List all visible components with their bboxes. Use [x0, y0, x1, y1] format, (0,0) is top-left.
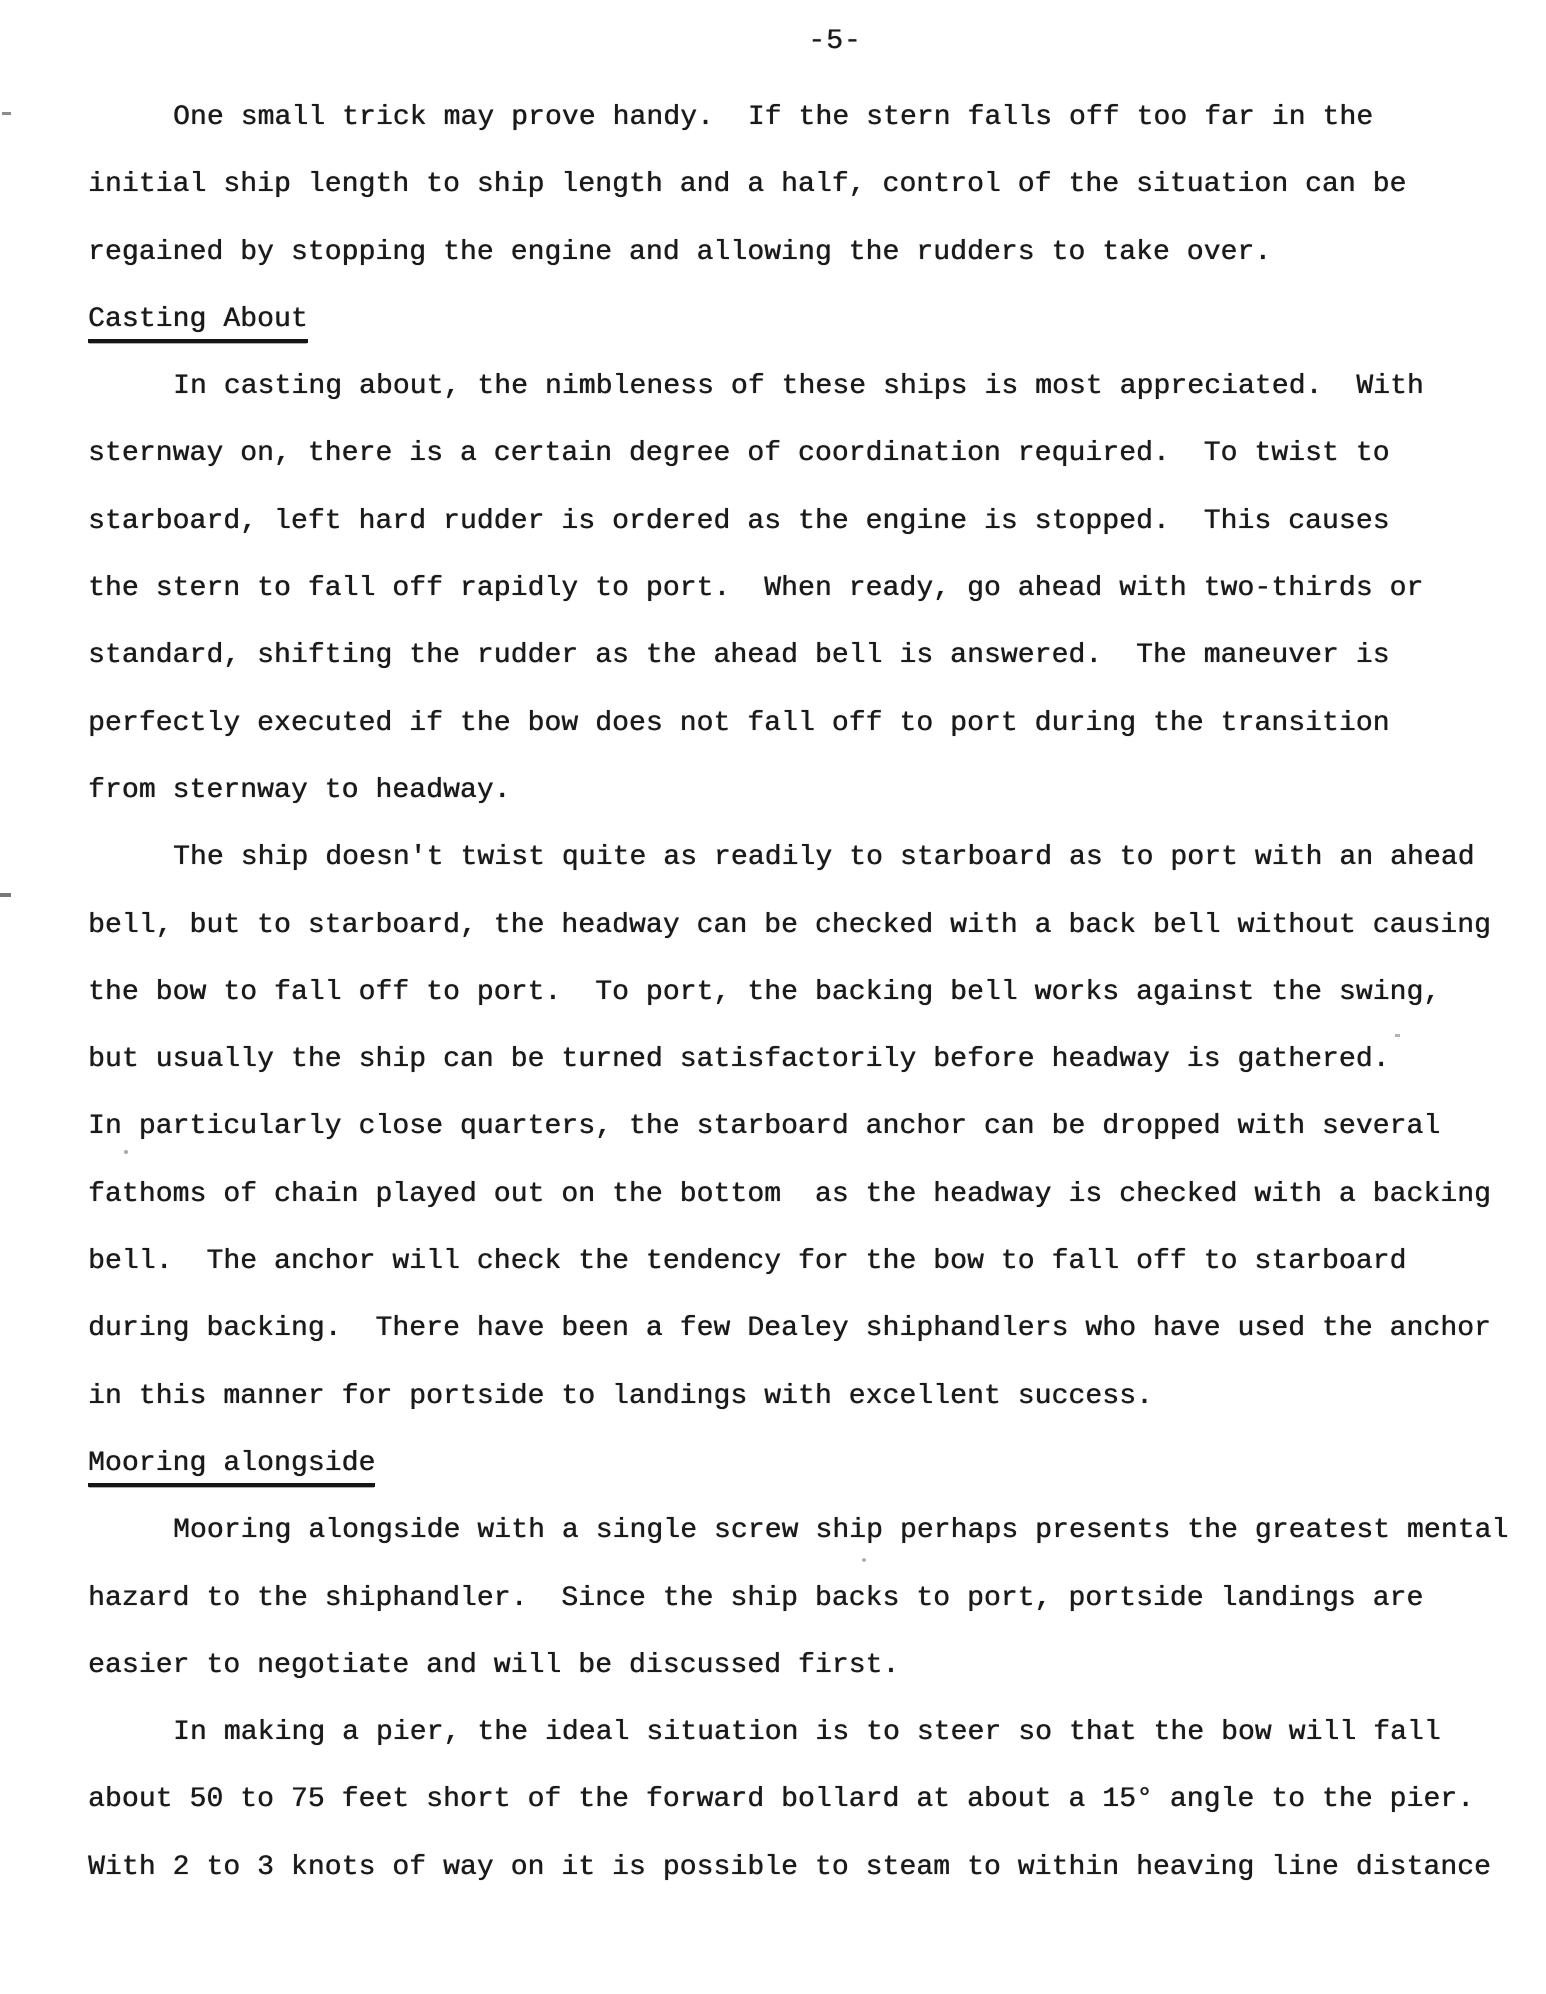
- text-line: the bow to fall off to port. To port, th…: [88, 959, 1510, 1026]
- text-line: In casting about, the nimbleness of thes…: [88, 353, 1510, 420]
- section-heading-casting-about: Casting About: [88, 302, 308, 343]
- text-line: In particularly close quarters, the star…: [88, 1093, 1510, 1160]
- text-line: fathoms of chain played out on the botto…: [88, 1161, 1510, 1228]
- text-line: With 2 to 3 knots of way on it is possib…: [88, 1834, 1510, 1901]
- text-line: about 50 to 75 feet short of the forward…: [88, 1766, 1510, 1833]
- heading-row: Mooring alongside: [88, 1430, 1510, 1497]
- text-line: hazard to the shiphandler. Since the shi…: [88, 1565, 1510, 1632]
- text-line: The ship doesn't twist quite as readily …: [88, 824, 1510, 891]
- heading-row: Casting About: [88, 286, 1510, 353]
- scan-artifact: [0, 893, 11, 897]
- text-line: In making a pier, the ideal situation is…: [88, 1699, 1510, 1766]
- text-line: One small trick may prove handy. If the …: [88, 84, 1510, 151]
- page-number: -5-: [62, 26, 1546, 57]
- text-line: the stern to fall off rapidly to port. W…: [88, 555, 1510, 622]
- scanned-document-page: -5- One small trick may prove handy. If …: [0, 0, 1546, 1994]
- text-line: during backing. There have been a few De…: [88, 1295, 1510, 1362]
- scan-artifact: [1395, 1034, 1400, 1037]
- text-line: Mooring alongside with a single screw sh…: [88, 1497, 1510, 1564]
- text-line: sternway on, there is a certain degree o…: [88, 420, 1510, 487]
- text-line: easier to negotiate and will be discusse…: [88, 1632, 1510, 1699]
- scan-artifact: [124, 1150, 128, 1154]
- scan-artifact: [2, 112, 11, 115]
- text-line: initial ship length to ship length and a…: [88, 151, 1510, 218]
- text-line: bell. The anchor will check the tendency…: [88, 1228, 1510, 1295]
- scan-artifact: [862, 1558, 866, 1562]
- text-line: regained by stopping the engine and allo…: [88, 219, 1510, 286]
- text-line: bell, but to starboard, the headway can …: [88, 892, 1510, 959]
- text-line: in this manner for portside to landings …: [88, 1363, 1510, 1430]
- section-heading-mooring-alongside: Mooring alongside: [88, 1446, 375, 1487]
- text-line: standard, shifting the rudder as the ahe…: [88, 622, 1510, 689]
- document-body: One small trick may prove handy. If the …: [88, 84, 1510, 1901]
- text-line: from sternway to headway.: [88, 757, 1510, 824]
- text-line: but usually the ship can be turned satis…: [88, 1026, 1510, 1093]
- text-line: perfectly executed if the bow does not f…: [88, 690, 1510, 757]
- text-line: starboard, left hard rudder is ordered a…: [88, 488, 1510, 555]
